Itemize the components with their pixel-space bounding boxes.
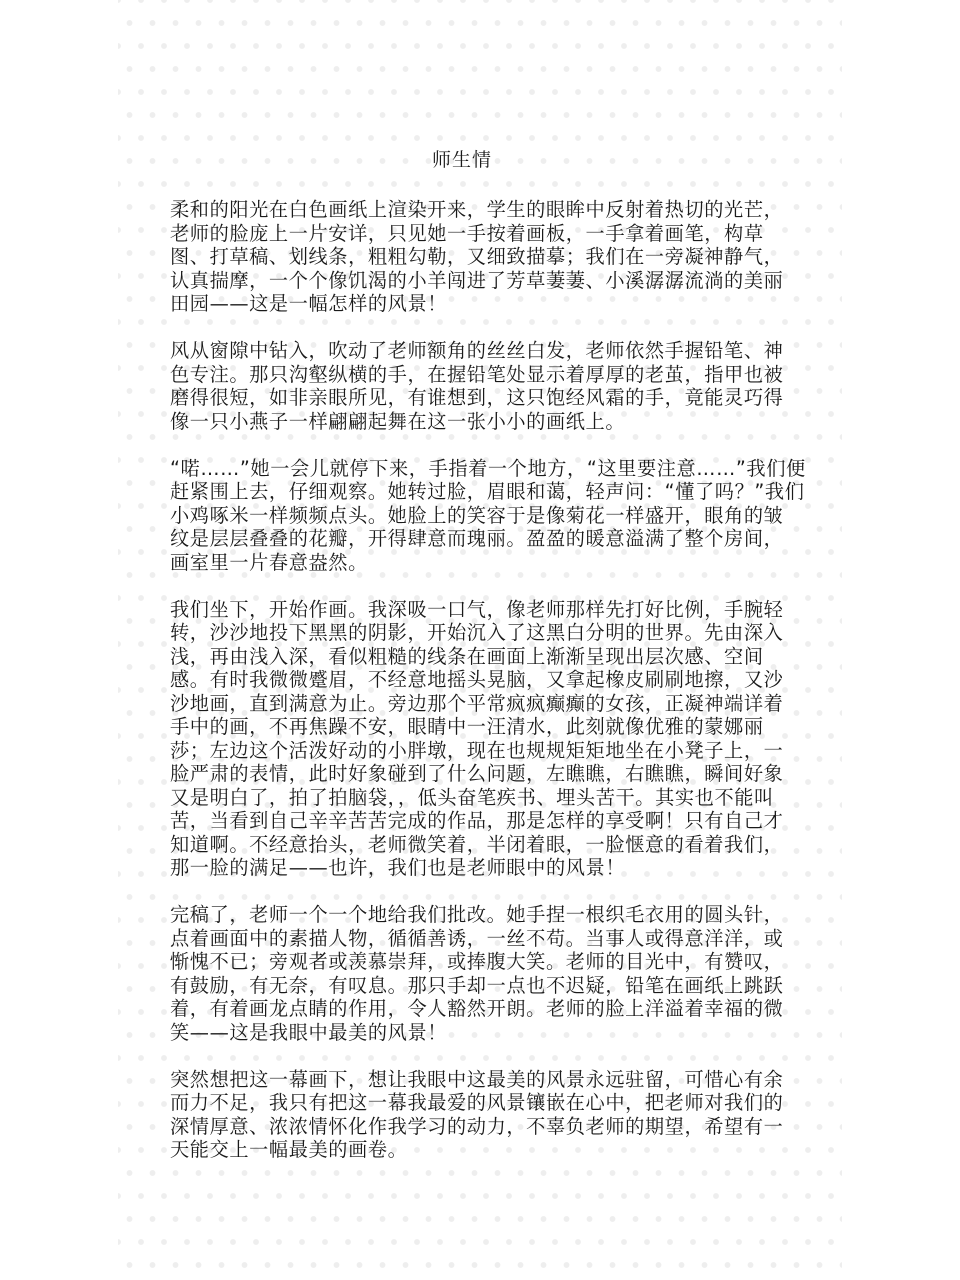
text-line: 突然想把这一幕画下，想让我眼中这最美的风景永远驻留，可惜心有余 — [170, 1068, 810, 1092]
paragraph-2: 风从窗隙中钻入，吹动了老师额角的丝丝白发，老师依然手握铅笔、神 色专注。那只沟壑… — [170, 339, 810, 433]
text-line: 转，沙沙地投下黑黑的阴影，开始沉入了这黑白分明的世界。先由深入 — [170, 621, 810, 645]
text-line: 点着画面中的素描人物，循循善诱，一丝不苟。当事人或得意洋洋，或 — [170, 927, 810, 951]
essay-title: 师生情 — [432, 148, 492, 172]
text-line: 感。有时我微微蹙眉，不经意地摇头晃脑，又拿起橡皮刷刷地擦，又沙 — [170, 668, 810, 692]
text-line: “喏……”她一会儿就停下来，手指着一个地方，“这里要注意……”我们便 — [170, 457, 810, 481]
text-line: 手中的画，不再焦躁不安，眼睛中一汪清水，此刻就像优雅的蒙娜丽 — [170, 715, 810, 739]
text-line: 脸严肃的表情，此时好象碰到了什么问题，左瞧瞧，右瞧瞧，瞬间好象 — [170, 762, 810, 786]
text-line: 老师的脸庞上一片安详，只见她一手按着画板，一手拿着画笔，构草 — [170, 222, 810, 246]
text-line: 沙地画，直到满意为止。旁边那个平常疯疯癫癫的女孩，正凝神端详着 — [170, 692, 810, 716]
text-line: 柔和的阳光在白色画纸上渲染开来，学生的眼眸中反射着热切的光芒， — [170, 198, 810, 222]
text-line: 赶紧围上去，仔细观察。她转过脸，眉眼和蔼，轻声问：“懂了吗？”我们 — [170, 480, 810, 504]
text-line: 图、打草稿、划线条，粗粗勾勒，又细致描摹；我们在一旁凝神静气， — [170, 245, 810, 269]
text-line: 天能交上一幅最美的画卷。 — [170, 1138, 810, 1162]
text-line: 画室里一片春意盎然。 — [170, 551, 810, 575]
text-line: 完稿了，老师一个一个地给我们批改。她手捏一根织毛衣用的圆头针， — [170, 903, 810, 927]
paragraph-5: 完稿了，老师一个一个地给我们批改。她手捏一根织毛衣用的圆头针， 点着画面中的素描… — [170, 903, 810, 1044]
paragraph-1: 柔和的阳光在白色画纸上渲染开来，学生的眼眸中反射着热切的光芒， 老师的脸庞上一片… — [170, 198, 810, 316]
paragraph-3: “喏……”她一会儿就停下来，手指着一个地方，“这里要注意……”我们便 赶紧围上去… — [170, 457, 810, 575]
text-line: 苦，当看到自己辛辛苦苦完成的作品，那是怎样的享受啊！只有自己才 — [170, 809, 810, 833]
paragraph-6: 突然想把这一幕画下，想让我眼中这最美的风景永远驻留，可惜心有余 而力不足，我只有… — [170, 1068, 810, 1162]
text-line: 着，有着画龙点睛的作用，令人豁然开朗。老师的脸上洋溢着幸福的微 — [170, 997, 810, 1021]
text-line: 像一只小燕子一样翩翩起舞在这一张小小的画纸上。 — [170, 410, 810, 434]
text-line: 有鼓励，有无奈，有叹息。那只手却一点也不迟疑，铅笔在画纸上跳跃 — [170, 974, 810, 998]
text-line: 深情厚意、浓浓情怀化作我学习的动力，不辜负老师的期望，希望有一 — [170, 1115, 810, 1139]
text-line: 认真揣摩，一个个像饥渴的小羊闯进了芳草萋萋、小溪潺潺流淌的美丽 — [170, 269, 810, 293]
text-line: 笑——这是我眼中最美的风景！ — [170, 1021, 810, 1045]
text-line: 莎；左边这个活泼好动的小胖墩，现在也规规矩矩地坐在小凳子上，一 — [170, 739, 810, 763]
text-line: 磨得很短，如非亲眼所见，有谁想到，这只饱经风霜的手，竟能灵巧得 — [170, 386, 810, 410]
text-line: 风从窗隙中钻入，吹动了老师额角的丝丝白发，老师依然手握铅笔、神 — [170, 339, 810, 363]
text-line: 浅，再由浅入深，看似粗糙的线条在画面上渐渐呈现出层次感、空间 — [170, 645, 810, 669]
text-line: 知道啊。不经意抬头，老师微笑着，半闭着眼，一脸惬意的看着我们， — [170, 833, 810, 857]
text-line: 又是明白了，拍了拍脑袋，，低头奋笔疾书、埋头苦干。其实也不能叫 — [170, 786, 810, 810]
text-line: 小鸡啄米一样频频点头。她脸上的笑容于是像菊花一样盛开，眼角的皱 — [170, 504, 810, 528]
text-line: 田园——这是一幅怎样的风景！ — [170, 292, 810, 316]
essay-body: 柔和的阳光在白色画纸上渲染开来，学生的眼眸中反射着热切的光芒， 老师的脸庞上一片… — [170, 198, 810, 1185]
text-line: 那一脸的满足——也许，我们也是老师眼中的风景！ — [170, 856, 810, 880]
text-line: 惭愧不已；旁观者或羡慕崇拜，或捧腹大笑。老师的目光中，有赞叹， — [170, 950, 810, 974]
text-line: 而力不足，我只有把这一幕我最爱的风景镶嵌在心中，把老师对我们的 — [170, 1091, 810, 1115]
paragraph-4: 我们坐下，开始作画。我深吸一口气，像老师那样先打好比例，手腕轻 转，沙沙地投下黑… — [170, 598, 810, 880]
text-line: 纹是层层叠叠的花瓣，开得肆意而瑰丽。盈盈的暖意溢满了整个房间， — [170, 527, 810, 551]
text-line: 我们坐下，开始作画。我深吸一口气，像老师那样先打好比例，手腕轻 — [170, 598, 810, 622]
text-line: 色专注。那只沟壑纵横的手，在握铅笔处显示着厚厚的老茧，指甲也被 — [170, 363, 810, 387]
